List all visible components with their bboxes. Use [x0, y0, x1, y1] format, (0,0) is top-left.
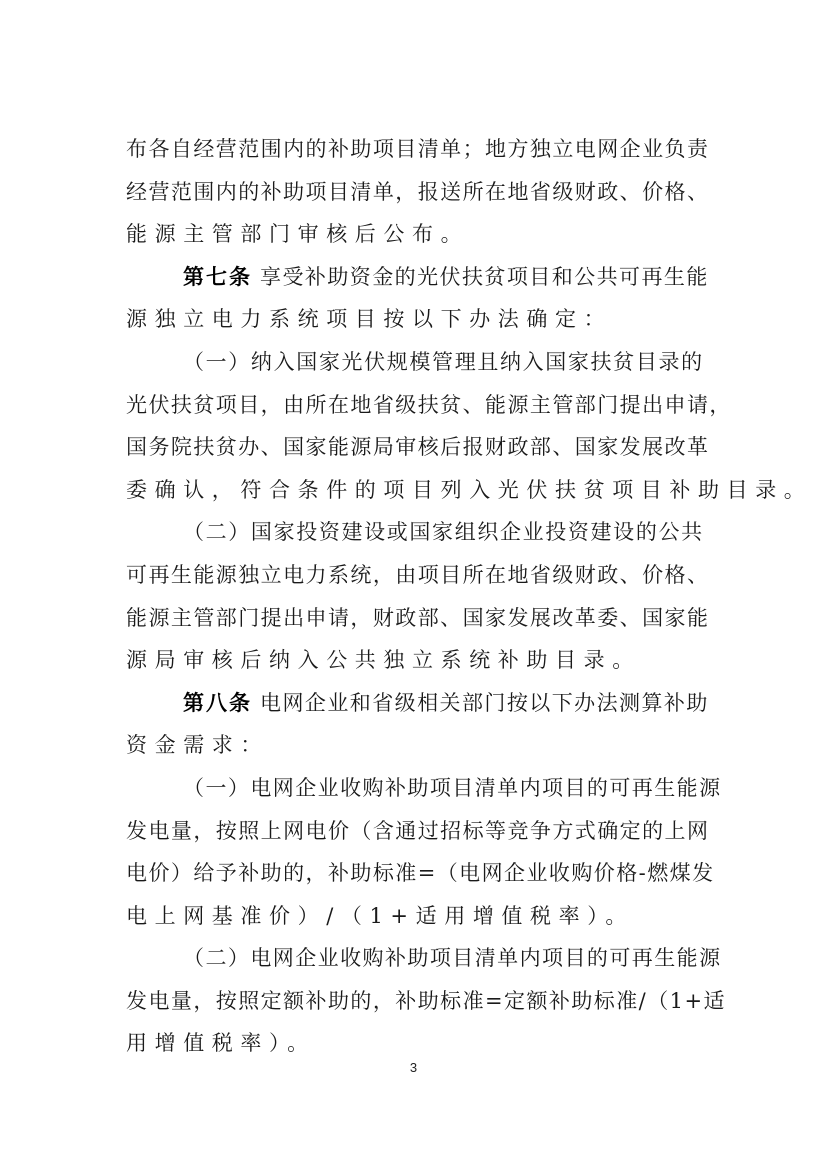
- line-text: 光 伏 扶 贫 项 目 ， 由 所 在 地 省 级 扶 贫 、 能 源 主 管 …: [126, 393, 730, 417]
- text-line: 可 再 生 能 源 独 立 电 力 系 统 ， 由 项 目 所 在 地 省 级 …: [126, 554, 702, 597]
- line-text: 用增值税率）。: [126, 1031, 316, 1055]
- text-line: （ 二 ） 电 网 企 业 收 购 补 助 项 目 清 单 内 项 目 的 可 …: [126, 937, 702, 980]
- article-number: 第八条: [183, 691, 252, 715]
- text-line: 经 营 范 围 内 的 补 助 项 目 清 单 ， 报 送 所 在 地 省 级 …: [126, 171, 702, 214]
- line-text: （ 二 ） 电 网 企 业 收 购 补 助 项 目 清 单 内 项 目 的 可 …: [183, 946, 720, 970]
- line-text: 可 再 生 能 源 独 立 电 力 系 统 ， 由 项 目 所 在 地 省 级 …: [126, 563, 708, 587]
- line-text: （ 一 ） 纳 入 国 家 光 伏 规 模 管 理 且 纳 入 国 家 扶 贫 …: [183, 350, 702, 374]
- text-line: 发 电 量 ， 按 照 上 网 电 价 （ 含 通 过 招 标 等 竞 争 方 …: [126, 810, 702, 853]
- text-line: 国 务 院 扶 贫 办 、 国 家 能 源 局 审 核 后 报 财 政 部 、 …: [126, 426, 702, 469]
- text-line: 光 伏 扶 贫 项 目 ， 由 所 在 地 省 级 扶 贫 、 能 源 主 管 …: [126, 384, 702, 427]
- line-text: （ 一 ） 电 网 企 业 收 购 补 助 项 目 清 单 内 项 目 的 可 …: [183, 776, 720, 800]
- line-text: 经 营 范 围 内 的 补 助 项 目 清 单 ， 报 送 所 在 地 省 级 …: [126, 180, 708, 204]
- text-line: （ 二 ） 国 家 投 资 建 设 或 国 家 组 织 企 业 投 资 建 设 …: [126, 511, 702, 554]
- text-line: 电上网基准价）/（1+适用增值税率）。: [126, 895, 702, 938]
- line-text: 电上网基准价）/（1+适用增值税率）。: [126, 904, 634, 928]
- line-text: 发 电 量 ， 按 照 上 网 电 价 （ 含 通 过 招 标 等 竞 争 方 …: [126, 819, 708, 843]
- text-line: 能源主管部门审核后公布。: [126, 213, 702, 256]
- article-number: 第七条: [183, 265, 252, 289]
- text-line: 电 价 ） 给 予 补 助 的 ， 补 助 标 准 = （ 电 网 企 业 收 …: [126, 852, 702, 895]
- text-line: 布 各 自 经 营 范 围 内 的 补 助 项 目 清 单 ； 地 方 独 立 …: [126, 128, 702, 171]
- page-number: 3: [0, 1060, 827, 1075]
- line-text: 享 受 补 助 资 金 的 光 伏 扶 贫 项 目 和 公 共 可 再 生 能: [260, 265, 707, 289]
- line-text: 委确认，符合条件的项目列入光伏扶贫项目补助目录。: [126, 478, 812, 502]
- text-line: 委确认，符合条件的项目列入光伏扶贫项目补助目录。: [126, 469, 702, 512]
- line-text: 电 价 ） 给 予 补 助 的 ， 补 助 标 准 = （ 电 网 企 业 收 …: [126, 861, 713, 885]
- line-text: 能源主管部门审核后公布。: [126, 222, 469, 246]
- line-text: 发 电 量 ， 按 照 定 额 补 助 的 ， 补 助 标 准 = 定 额 补 …: [126, 989, 724, 1013]
- text-line: 发 电 量 ， 按 照 定 额 补 助 的 ， 补 助 标 准 = 定 额 补 …: [126, 980, 702, 1023]
- text-line: （ 一 ） 电 网 企 业 收 购 补 助 项 目 清 单 内 项 目 的 可 …: [126, 767, 702, 810]
- line-text: 电 网 企 业 和 省 级 相 关 部 门 按 以 下 办 法 测 算 补 助: [260, 691, 707, 715]
- line-text: 源局审核后纳入公共独立系统补助目录。: [126, 648, 641, 672]
- text-line: 源独立电力系统项目按以下办法确定：: [126, 298, 702, 341]
- line-text: 能 源 主 管 部 门 提 出 申 请 ， 财 政 部 、 国 家 发 展 改 …: [126, 606, 708, 630]
- text-line: （ 一 ） 纳 入 国 家 光 伏 规 模 管 理 且 纳 入 国 家 扶 贫 …: [126, 341, 702, 384]
- document-body: 布 各 自 经 营 范 围 内 的 补 助 项 目 清 单 ； 地 方 独 立 …: [126, 128, 702, 1065]
- text-line: 资金需求：: [126, 724, 702, 767]
- line-text: 资金需求：: [126, 733, 269, 757]
- text-line: 能 源 主 管 部 门 提 出 申 请 ， 财 政 部 、 国 家 发 展 改 …: [126, 597, 702, 640]
- line-text: （ 二 ） 国 家 投 资 建 设 或 国 家 组 织 企 业 投 资 建 设 …: [183, 520, 702, 544]
- line-text: 源独立电力系统项目按以下办法确定：: [126, 307, 612, 331]
- line-text: 布 各 自 经 营 范 围 内 的 补 助 项 目 清 单 ； 地 方 独 立 …: [126, 137, 708, 161]
- text-line: 源局审核后纳入公共独立系统补助目录。: [126, 639, 702, 682]
- text-line: 用增值税率）。: [126, 1022, 702, 1065]
- article-heading-line: 第七条享 受 补 助 资 金 的 光 伏 扶 贫 项 目 和 公 共 可 再 生…: [126, 256, 702, 299]
- line-text: 国 务 院 扶 贫 办 、 国 家 能 源 局 审 核 后 报 财 政 部 、 …: [126, 435, 708, 459]
- article-heading-line: 第八条电 网 企 业 和 省 级 相 关 部 门 按 以 下 办 法 测 算 补…: [126, 682, 702, 725]
